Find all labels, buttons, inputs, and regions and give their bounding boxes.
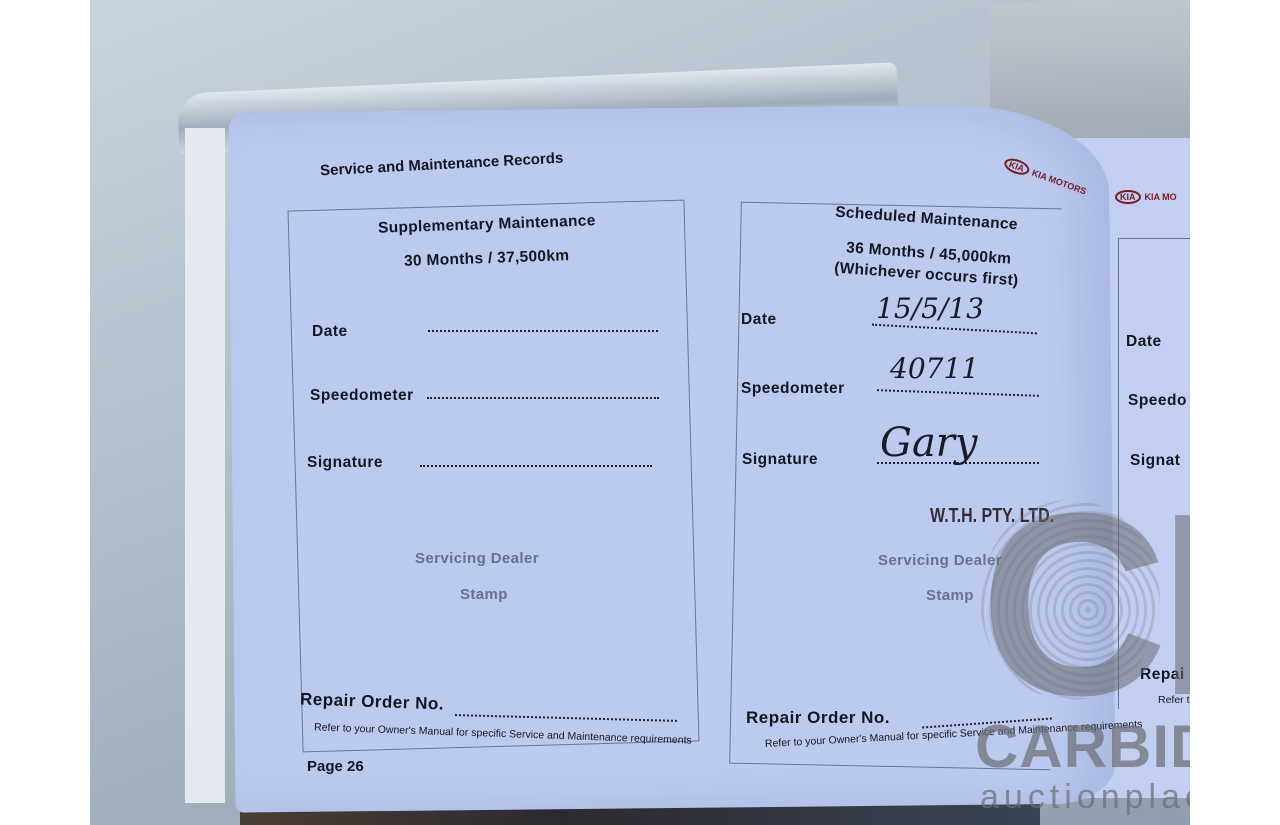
date-label: Date: [312, 323, 348, 341]
speedometer-value: 40711: [890, 352, 979, 385]
date-label: Date: [741, 311, 777, 329]
photo: KIA KIA MO Date Speedo Signat Repai Refe…: [90, 0, 1190, 825]
kia-logo: KIA KIA MO: [1115, 190, 1177, 204]
field-label: Speedo: [1128, 392, 1187, 410]
stamp-label: Servicing Dealer: [415, 550, 539, 567]
speedometer-field[interactable]: [427, 397, 659, 399]
watermark-brand: CARBIDS: [975, 712, 1190, 781]
stamp-label: Stamp: [926, 587, 974, 604]
watermark-tagline: auctionplace: [980, 778, 1190, 817]
stamp-label: Stamp: [460, 586, 508, 603]
kia-emblem-icon: KIA: [1115, 190, 1141, 204]
speedometer-label: Speedometer: [741, 380, 845, 398]
signature-label: Signature: [742, 451, 818, 469]
supplementary-maintenance-box: [288, 200, 700, 753]
booklet-cover-edge: [185, 128, 225, 803]
signature-value: Gary: [880, 420, 978, 466]
speedometer-label: Speedometer: [310, 387, 414, 405]
field-label: Date: [1126, 333, 1162, 351]
signature-label: Signature: [307, 454, 383, 472]
watermark-logo: CB: [980, 500, 1190, 710]
repair-order-label: Repair Order No.: [746, 708, 890, 728]
date-field[interactable]: [428, 330, 658, 332]
signature-field[interactable]: [420, 465, 652, 467]
date-value: 15/5/13: [876, 292, 984, 325]
page-number: Page 26: [307, 758, 364, 775]
